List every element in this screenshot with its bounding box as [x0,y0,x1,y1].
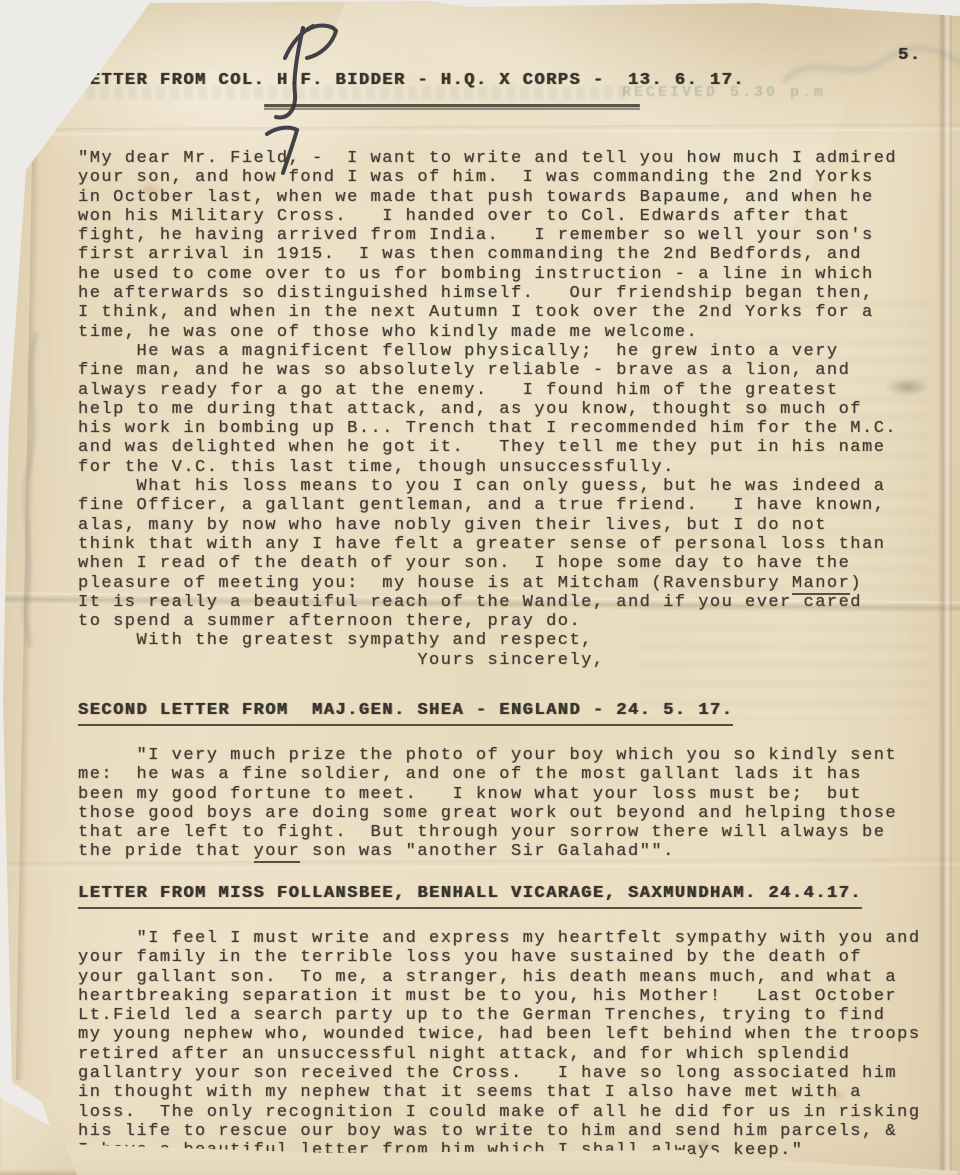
letter-2-heading: SECOND LETTER FROM MAJ.GEN. SHEA - ENGLA… [78,701,733,726]
letter-1-body: "My dear Mr. Field, - I want to write an… [78,149,897,670]
letter-1-heading: LETTER FROM COL. H.F. BIDDER - H.Q. X CO… [78,71,745,90]
paper-sheet: RECEIVED 5.30 p.m 5. LETTER FROM COL. H.… [0,0,960,1175]
letter-3-heading-text: LETTER FROM MISS FOLLANSBEE, BENHALL VIC… [78,884,862,909]
margin-handwriting-ghost [8,330,48,650]
letter-3-body: "I feel I must write and express my hear… [78,929,921,1161]
letter-2-body: "I very much prize the photo of your boy… [78,746,897,862]
letter-2-heading-text: SECOND LETTER FROM MAJ.GEN. SHEA - ENGLA… [78,701,733,726]
scanned-letter-page: { "page": { "page_number": "5.", "handwr… [0,0,960,1175]
letter-3-heading: LETTER FROM MISS FOLLANSBEE, BENHALL VIC… [78,884,862,909]
letter-1-heading-rule [264,104,640,107]
fold-crease-vertical [938,0,952,1175]
bleedthrough-handwriting [780,42,960,102]
page-number: 5. [898,46,921,65]
